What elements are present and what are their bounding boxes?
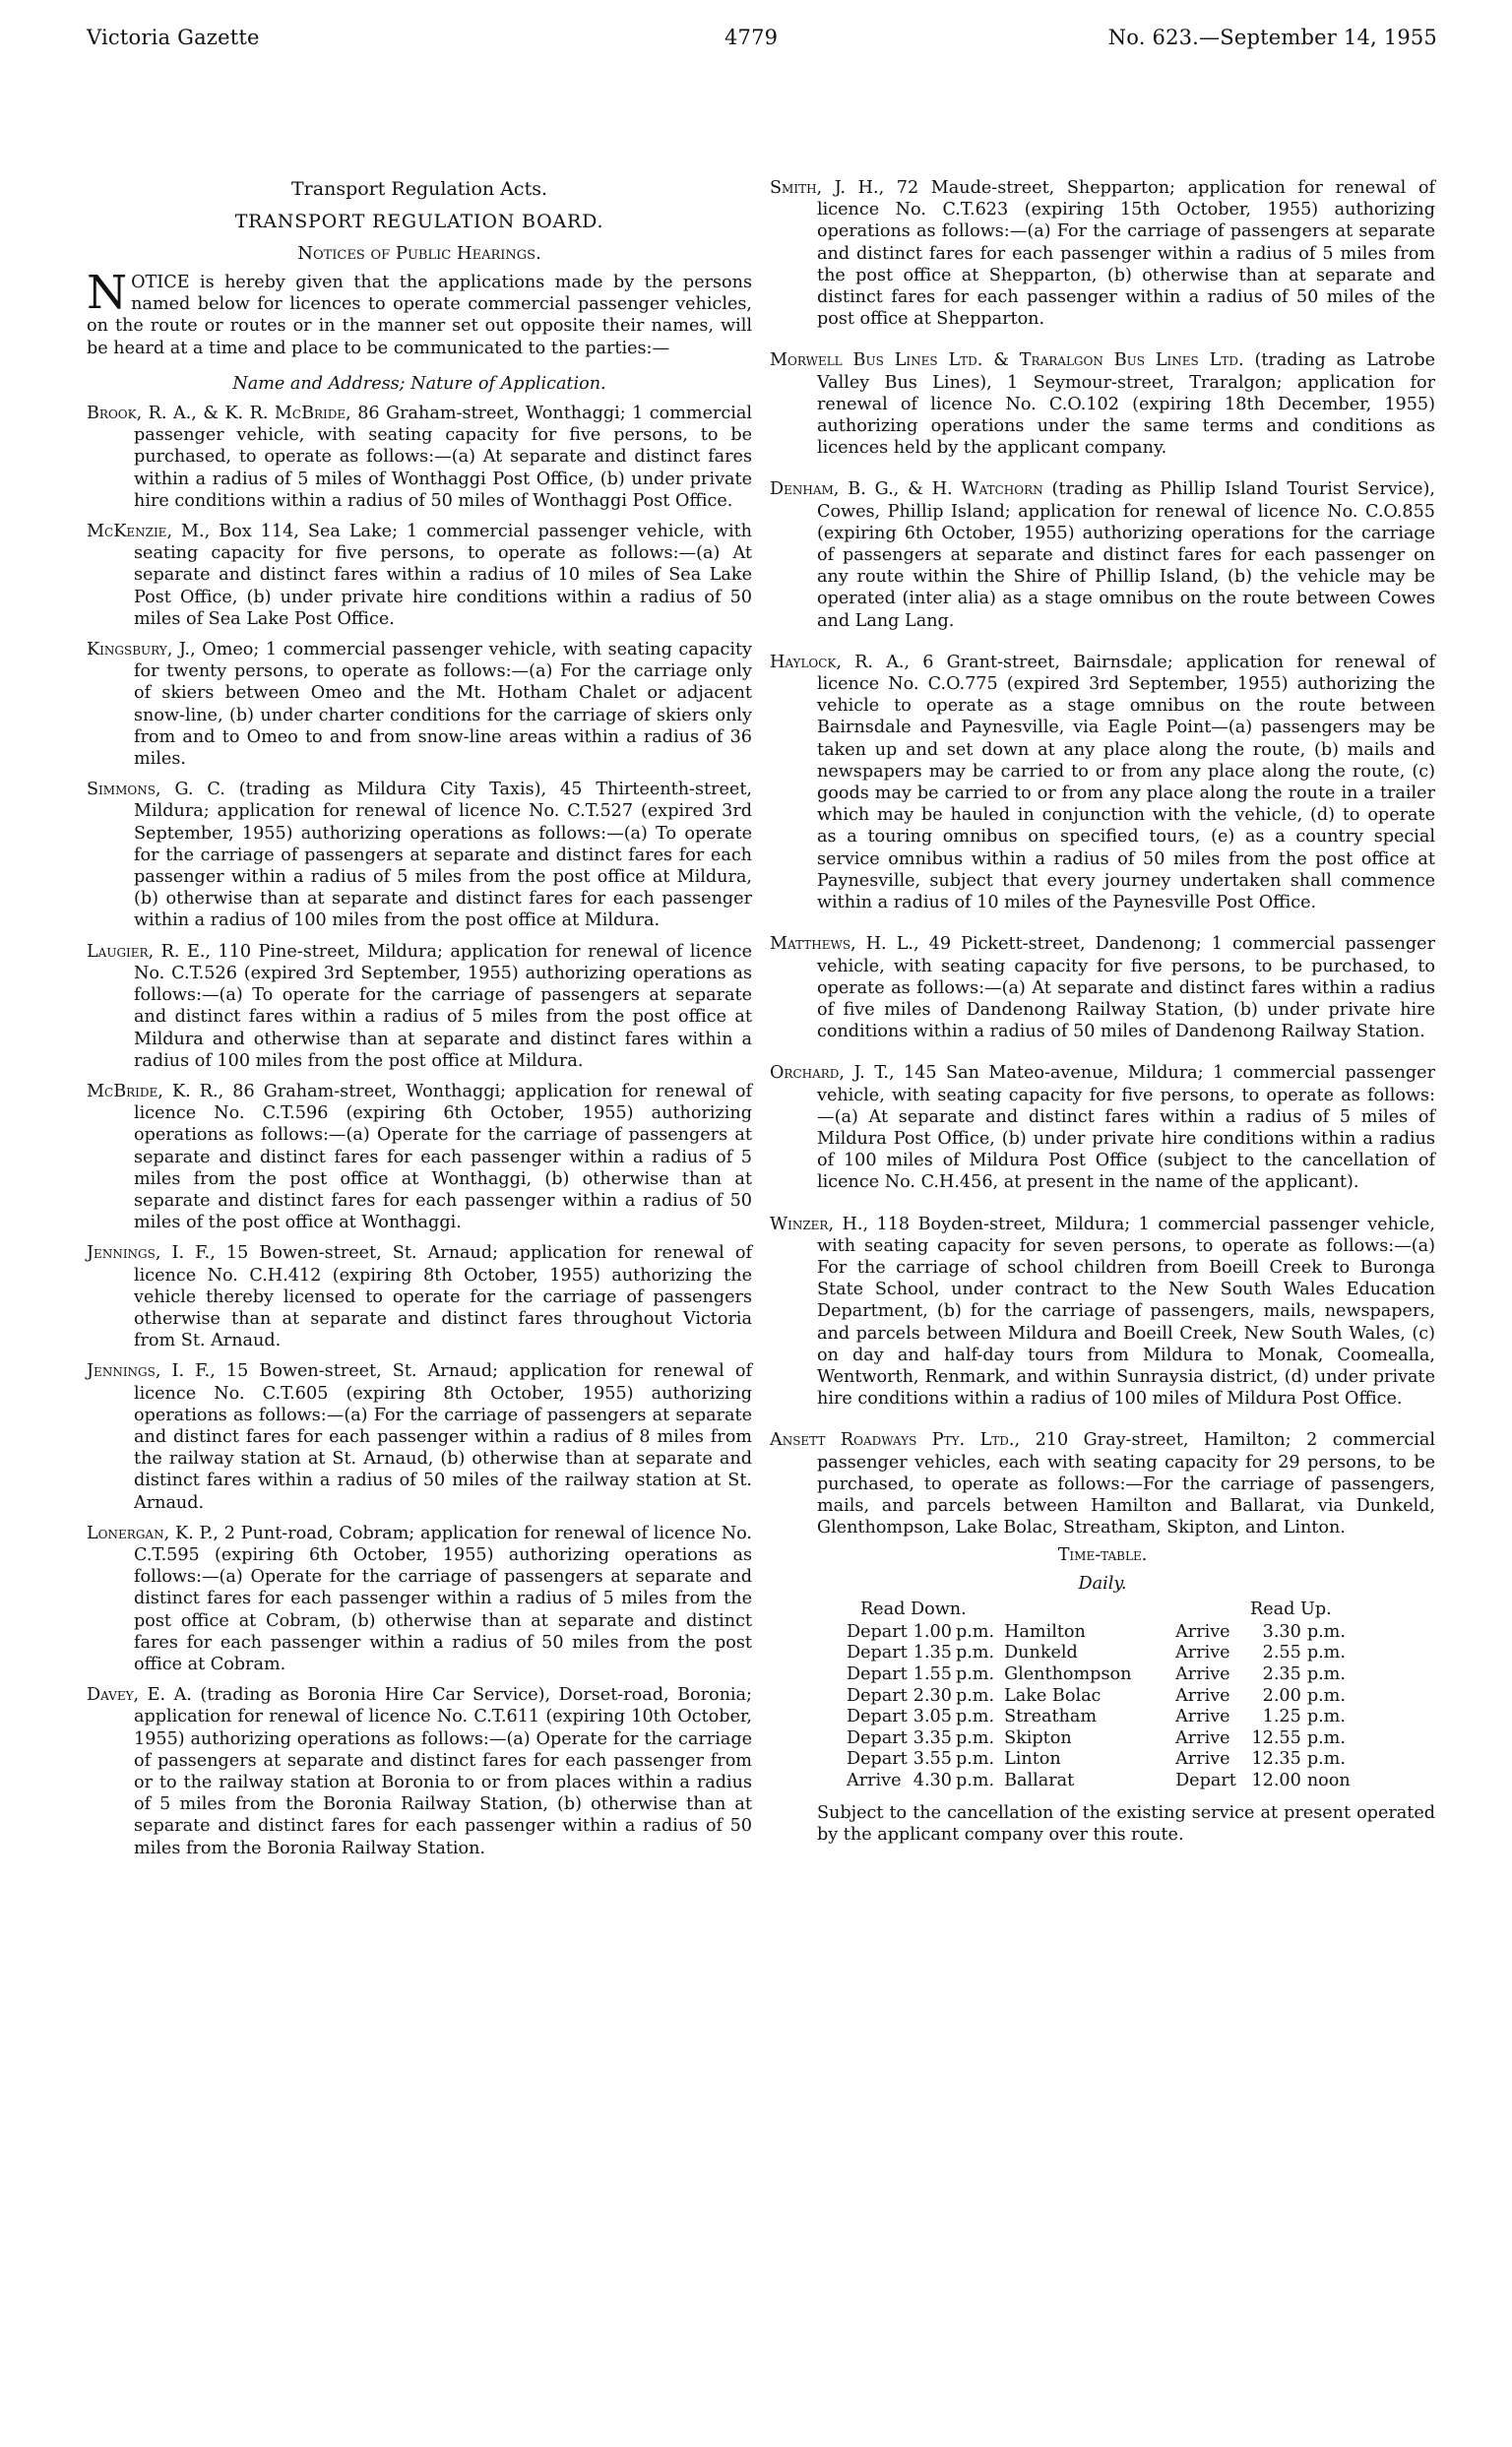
- up-time: 2.00: [1242, 1686, 1307, 1708]
- application-entry: Morwell Bus Lines Ltd. & Traralgon Bus L…: [770, 349, 1435, 459]
- up-unit: noon: [1307, 1771, 1356, 1792]
- application-entry: Smith, J. H., 72 Maude-street, Shepparto…: [770, 177, 1435, 330]
- intro-text: OTICE is hereby given that the applicati…: [87, 273, 752, 358]
- right-column: Smith, J. H., 72 Maude-street, Shepparto…: [770, 177, 1435, 1846]
- issue-date: No. 623.—September 14, 1955: [1108, 26, 1437, 49]
- down-unit: p.m.: [956, 1728, 1000, 1750]
- up-action: Arrive: [1175, 1664, 1242, 1686]
- applicant-name: McKenzie, M.,: [87, 522, 210, 541]
- applicant-name: Davey, E. A.: [87, 1685, 192, 1705]
- application-entry: Brook, R. A., & K. R. McBride, 86 Graham…: [87, 403, 752, 512]
- down-action: Depart: [847, 1728, 913, 1750]
- applicant-name: Denham, B. G., & H. Watchorn: [770, 479, 1043, 499]
- application-entry: Lonergan, K. P., 2 Punt-road, Cobram; ap…: [87, 1523, 752, 1675]
- station: Linton: [1000, 1749, 1175, 1771]
- down-unit: p.m.: [956, 1749, 1000, 1771]
- down-time: 3.35: [913, 1728, 956, 1750]
- down-action: Depart: [847, 1664, 913, 1686]
- application-entry: Haylock, R. A., 6 Grant-street, Bairnsda…: [770, 652, 1435, 913]
- up-unit: p.m.: [1307, 1686, 1356, 1708]
- applicant-name: Jennings, I. F.,: [87, 1243, 216, 1263]
- applicant-name: Brook, R. A., & K. R. McBride,: [87, 404, 351, 423]
- timetable: Time-table. Daily. Read Down. Read Up. D…: [770, 1544, 1435, 1846]
- timetable-row: Depart 3.55 p.m. Linton Arrive 12.35 p.m…: [847, 1749, 1356, 1771]
- left-column: Transport Regulation Acts. TRANSPORT REG…: [87, 177, 752, 1868]
- down-action: Depart: [847, 1643, 913, 1664]
- up-time: 2.35: [1242, 1664, 1307, 1686]
- down-time: 3.05: [913, 1707, 956, 1728]
- application-text: 6 Grant-street, Bairnsdale; application …: [817, 653, 1435, 912]
- applicant-name: Orchard, J. T.,: [770, 1063, 895, 1083]
- up-time: 12.55: [1242, 1728, 1307, 1750]
- up-action: Arrive: [1175, 1643, 1242, 1664]
- applicant-name: Haylock, R. A.,: [770, 653, 910, 672]
- down-unit: p.m.: [956, 1664, 1000, 1686]
- station: Lake Bolac: [1000, 1686, 1175, 1708]
- down-unit: p.m.: [956, 1771, 1000, 1792]
- application-text: Box 114, Sea Lake; 1 commercial passenge…: [134, 522, 752, 629]
- entries-right: Smith, J. H., 72 Maude-street, Shepparto…: [770, 177, 1435, 1538]
- applicant-name: Ansett Roadways Pty. Ltd.,: [770, 1430, 1020, 1450]
- publication-title: Victoria Gazette: [87, 26, 260, 49]
- timetable-row: Depart 1.55 p.m. Glenthompson Arrive 2.3…: [847, 1664, 1356, 1686]
- application-entry: Jennings, I. F., 15 Bowen-street, St. Ar…: [87, 1242, 752, 1351]
- applicant-name: Winzer, H.,: [770, 1215, 868, 1234]
- down-unit: p.m.: [956, 1622, 1000, 1644]
- application-entry: Matthews, H. L., 49 Pickett-street, Dand…: [770, 933, 1435, 1042]
- up-time: 3.30: [1242, 1622, 1307, 1644]
- up-action: Arrive: [1175, 1622, 1242, 1644]
- timetable-direction-headings: Read Down. Read Up.: [817, 1599, 1435, 1622]
- page-number: 4779: [724, 26, 778, 49]
- application-text: 145 San Mateo-avenue, Mildura; 1 commerc…: [817, 1063, 1435, 1192]
- applicant-name: Kingsbury, J.,: [87, 640, 196, 659]
- timetable-title: Time-table.: [770, 1544, 1435, 1566]
- timetable-row: Depart 3.35 p.m. Skipton Arrive 12.55 p.…: [847, 1728, 1356, 1750]
- down-unit: p.m.: [956, 1707, 1000, 1728]
- up-time: 2.55: [1242, 1643, 1307, 1664]
- up-time: 12.35: [1242, 1749, 1307, 1771]
- application-entry: Jennings, I. F., 15 Bowen-street, St. Ar…: [87, 1360, 752, 1513]
- down-action: Depart: [847, 1707, 913, 1728]
- up-action: Arrive: [1175, 1728, 1242, 1750]
- timetable-row: Depart 3.05 p.m. Streatham Arrive 1.25 p…: [847, 1707, 1356, 1728]
- application-text: 15 Bowen-street, St. Arnaud; application…: [134, 1361, 752, 1512]
- up-unit: p.m.: [1307, 1749, 1356, 1771]
- application-text: 72 Maude-street, Shepparton; application…: [817, 178, 1435, 329]
- application-entry: Orchard, J. T., 145 San Mateo-avenue, Mi…: [770, 1062, 1435, 1193]
- station: Skipton: [1000, 1728, 1175, 1750]
- up-time: 12.00: [1242, 1771, 1307, 1792]
- applicant-name: Laugier, R. E.,: [87, 942, 211, 962]
- down-time: 1.00: [913, 1622, 956, 1644]
- down-unit: p.m.: [956, 1643, 1000, 1664]
- application-entry: Simmons, G. C. (trading as Mildura City …: [87, 779, 752, 931]
- down-time: 3.55: [913, 1749, 956, 1771]
- applicant-name: Lonergan, K. P.,: [87, 1524, 219, 1543]
- application-text: 118 Boyden-street, Mildura; 1 commercial…: [817, 1215, 1435, 1410]
- application-text: 110 Pine-street, Mildura; application fo…: [134, 942, 752, 1071]
- intro-paragraph: NOTICE is hereby given that the applicat…: [87, 272, 752, 359]
- timetable-row: Depart 2.30 p.m. Lake Bolac Arrive 2.00 …: [847, 1686, 1356, 1708]
- application-entry: Ansett Roadways Pty. Ltd., 210 Gray-stre…: [770, 1429, 1435, 1538]
- timetable-row: Arrive 4.30 p.m. Ballarat Depart 12.00 n…: [847, 1771, 1356, 1792]
- down-time: 4.30: [913, 1771, 956, 1792]
- column-heading: Name and Address; Nature of Application.: [87, 373, 752, 395]
- application-entry: Laugier, R. E., 110 Pine-street, Mildura…: [87, 941, 752, 1072]
- station: Glenthompson: [1000, 1664, 1175, 1686]
- up-unit: p.m.: [1307, 1664, 1356, 1686]
- application-entry: Davey, E. A. (trading as Boronia Hire Ca…: [87, 1684, 752, 1859]
- timetable-row: Depart 1.00 p.m. Hamilton Arrive 3.30 p.…: [847, 1622, 1356, 1644]
- up-action: Arrive: [1175, 1686, 1242, 1708]
- station: Hamilton: [1000, 1622, 1175, 1644]
- down-time: 1.55: [913, 1664, 956, 1686]
- application-entry: Kingsbury, J., Omeo; 1 commercial passen…: [87, 639, 752, 770]
- down-action: Depart: [847, 1622, 913, 1644]
- timetable-frequency: Daily.: [770, 1573, 1435, 1595]
- station: Streatham: [1000, 1707, 1175, 1728]
- page-header: Victoria Gazette 4779 No. 623.—September…: [87, 26, 1437, 55]
- application-text: 15 Bowen-street, St. Arnaud; application…: [134, 1243, 752, 1350]
- application-text: Omeo; 1 commercial passenger vehicle, wi…: [134, 640, 752, 769]
- act-title: Transport Regulation Acts.: [87, 177, 752, 202]
- application-entry: McBride, K. R., 86 Graham-street, Wontha…: [87, 1081, 752, 1233]
- application-text: (trading as Boronia Hire Car Service), D…: [134, 1685, 752, 1857]
- application-text: (trading as Phillip Island Tourist Servi…: [817, 479, 1435, 630]
- timetable-table: Depart 1.00 p.m. Hamilton Arrive 3.30 p.…: [847, 1622, 1356, 1792]
- read-down-label: Read Down.: [860, 1599, 967, 1620]
- applicant-name: Morwell Bus Lines Ltd. & Traralgon Bus L…: [770, 350, 1244, 370]
- section-title: Notices of Public Hearings.: [87, 242, 752, 266]
- timetable-row: Depart 1.35 p.m. Dunkeld Arrive 2.55 p.m…: [847, 1643, 1356, 1664]
- drop-cap: N: [87, 274, 127, 313]
- down-time: 2.30: [913, 1686, 956, 1708]
- applicant-name: McBride, K. R.,: [87, 1082, 223, 1101]
- read-up-label: Read Up.: [1250, 1599, 1332, 1620]
- station: Dunkeld: [1000, 1643, 1175, 1664]
- up-action: Arrive: [1175, 1749, 1242, 1771]
- application-text: 2 Punt-road, Cobram; application for ren…: [134, 1524, 752, 1674]
- down-action: Depart: [847, 1686, 913, 1708]
- application-entry: McKenzie, M., Box 114, Sea Lake; 1 comme…: [87, 521, 752, 630]
- down-time: 1.35: [913, 1643, 956, 1664]
- applicant-name: Matthews, H. L.,: [770, 934, 919, 954]
- applicant-name: Simmons, G. C.: [87, 780, 225, 799]
- up-unit: p.m.: [1307, 1643, 1356, 1664]
- up-action: Arrive: [1175, 1707, 1242, 1728]
- up-unit: p.m.: [1307, 1622, 1356, 1644]
- down-action: Arrive: [847, 1771, 913, 1792]
- application-entry: Denham, B. G., & H. Watchorn (trading as…: [770, 478, 1435, 631]
- applicant-name: Jennings, I. F.,: [87, 1361, 216, 1381]
- application-text: (trading as Mildura City Taxis), 45 Thir…: [134, 780, 752, 930]
- application-entry: Winzer, H., 118 Boyden-street, Mildura; …: [770, 1214, 1435, 1411]
- down-unit: p.m.: [956, 1686, 1000, 1708]
- application-text: 86 Graham-street, Wonthaggi; application…: [134, 1082, 752, 1232]
- up-time: 1.25: [1242, 1707, 1307, 1728]
- station: Ballarat: [1000, 1771, 1175, 1792]
- timetable-note: Subject to the cancellation of the exist…: [817, 1802, 1435, 1846]
- applicant-name: Smith, J. H.,: [770, 178, 884, 198]
- down-action: Depart: [847, 1749, 913, 1771]
- up-unit: p.m.: [1307, 1707, 1356, 1728]
- board-title: TRANSPORT REGULATION BOARD.: [87, 210, 752, 234]
- up-unit: p.m.: [1307, 1728, 1356, 1750]
- entries-left: Brook, R. A., & K. R. McBride, 86 Graham…: [87, 403, 752, 1859]
- up-action: Depart: [1175, 1771, 1242, 1792]
